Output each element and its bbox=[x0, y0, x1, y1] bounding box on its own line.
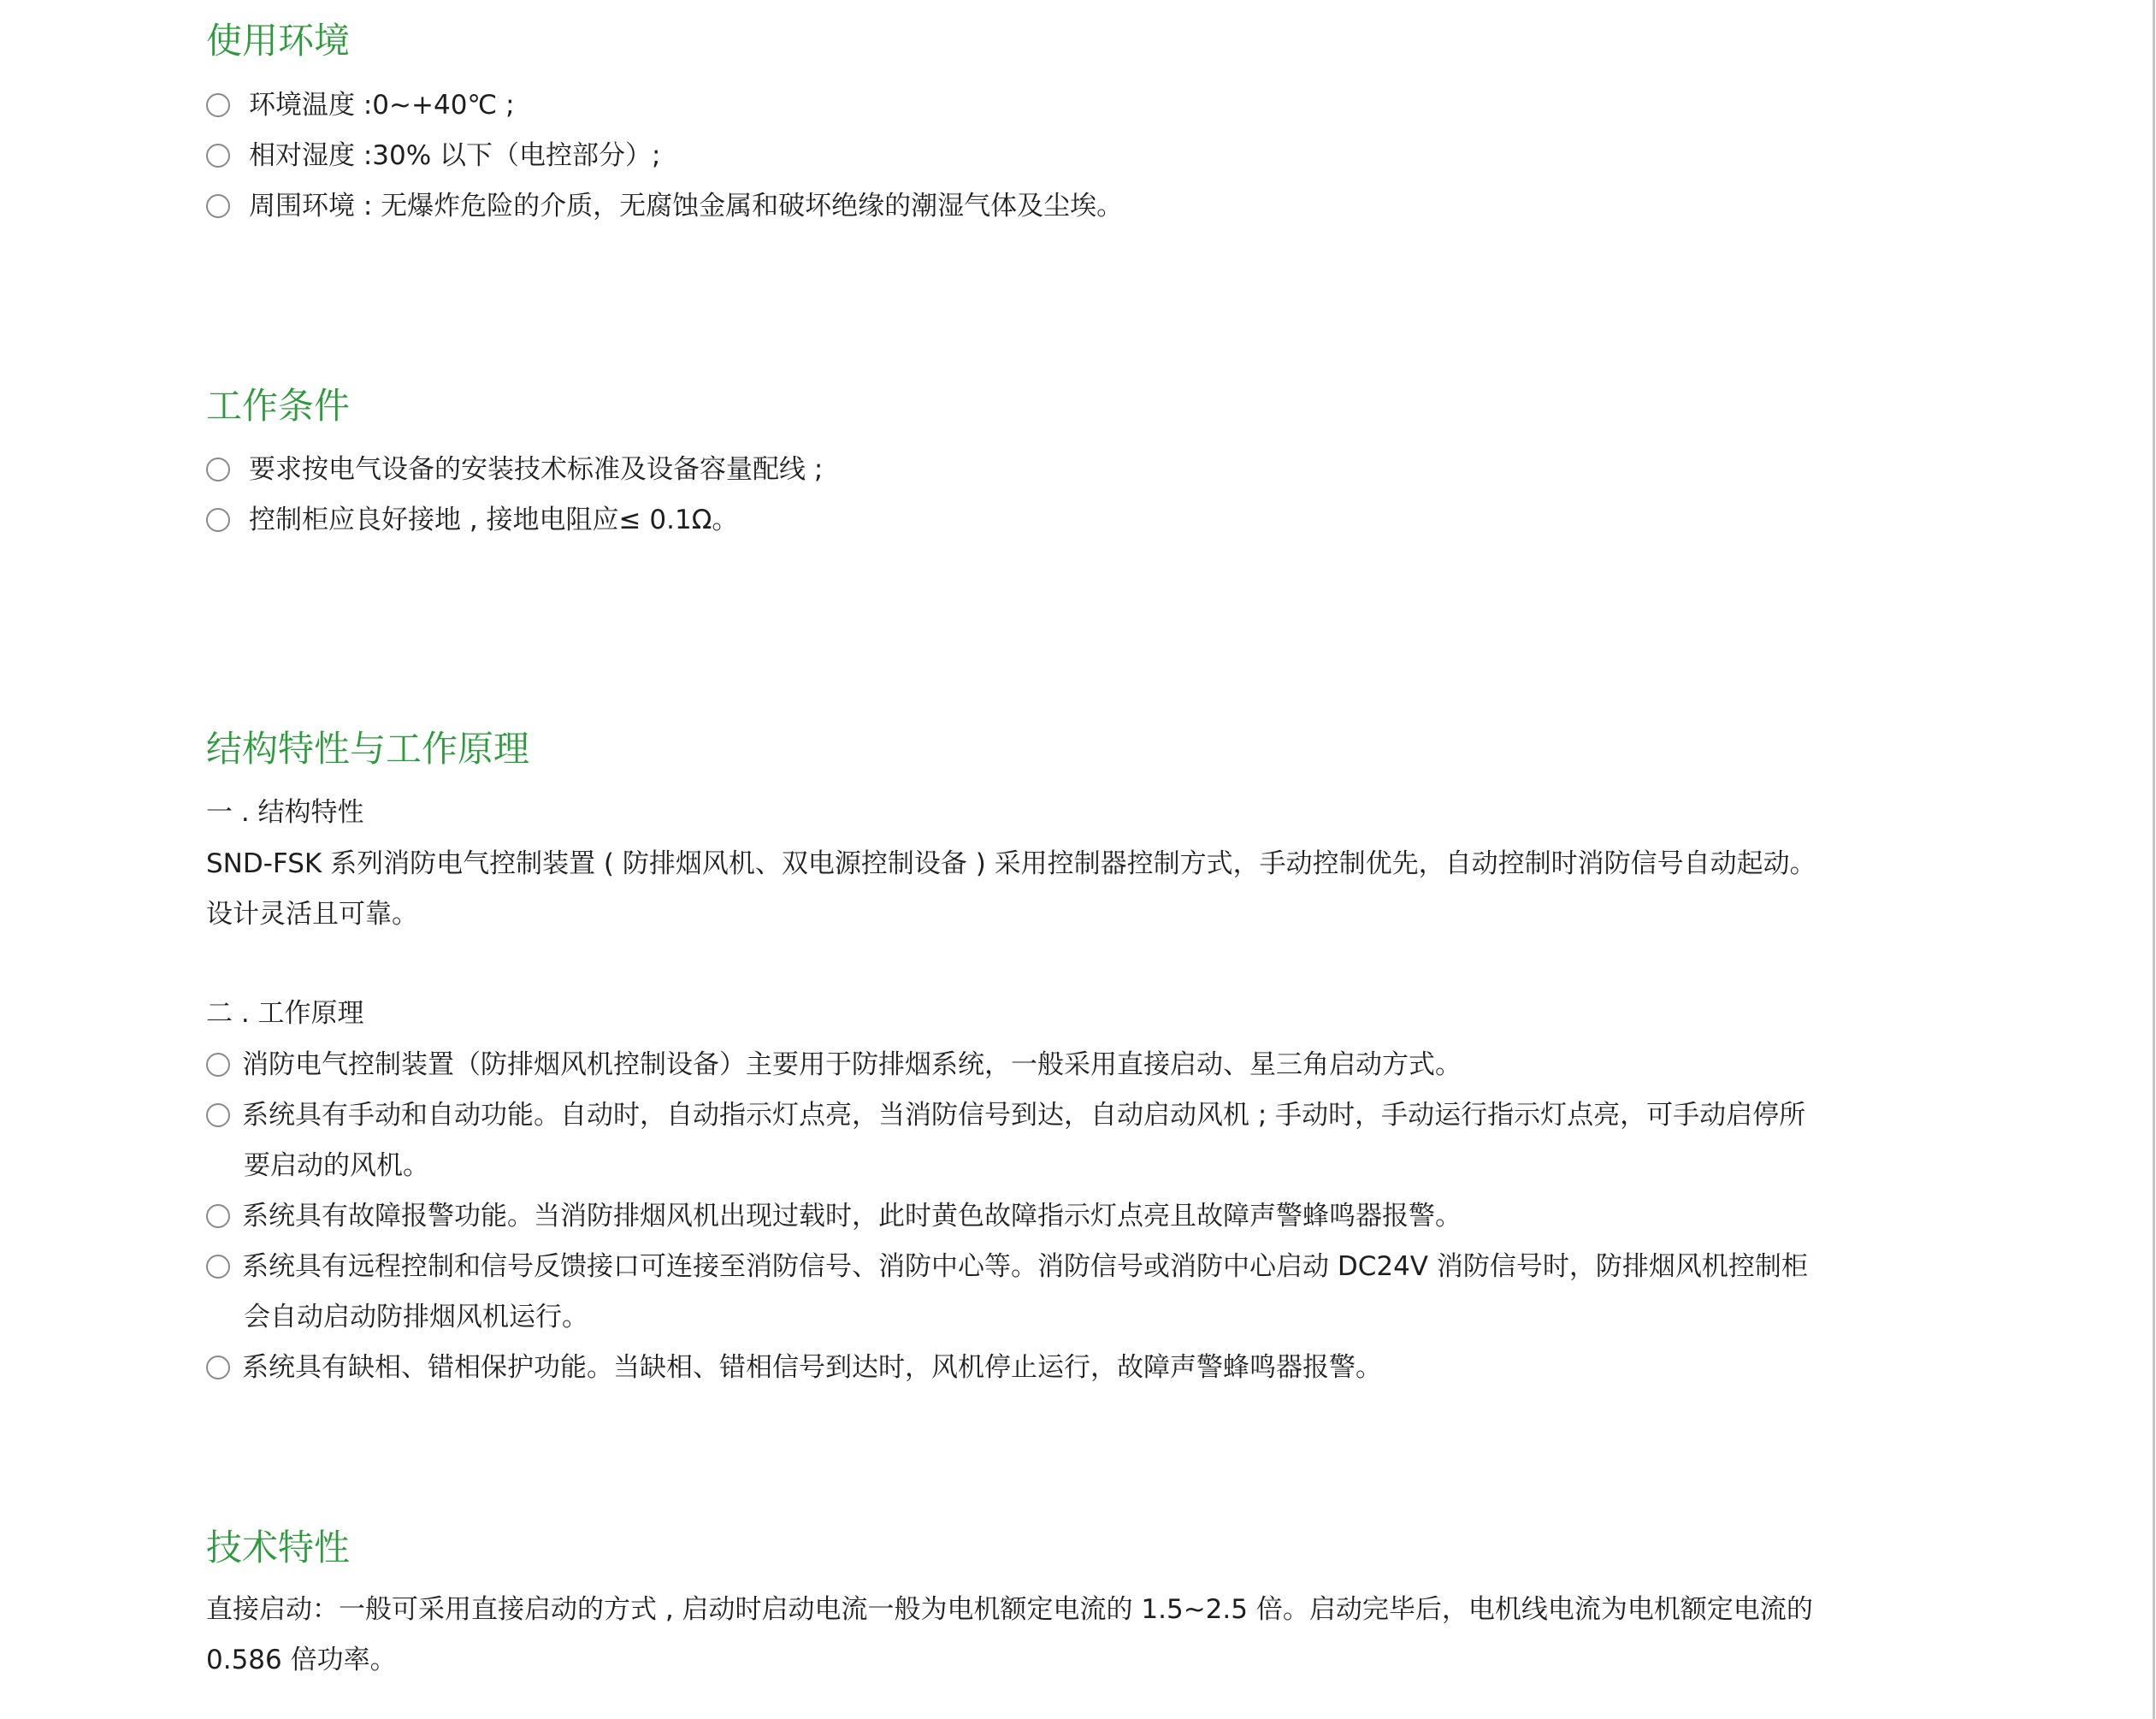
circle-bullet-icon bbox=[206, 1103, 230, 1127]
list-item: 系统具有缺相、错相保护功能。当缺相、错相信号到达时，风机停止运行，故障声警蜂鸣器… bbox=[206, 1350, 1382, 1385]
circle-bullet-icon bbox=[206, 194, 230, 218]
list-item-text: 系统具有手动和自动功能。自动时，自动指示灯点亮，当消防信号到达，自动启动风机 ;… bbox=[242, 1098, 1805, 1132]
section-title-technical: 技术特性 bbox=[206, 1527, 350, 1569]
circle-bullet-icon bbox=[206, 1255, 230, 1279]
list-item-text: 要求按电气设备的安装技术标准及设备容量配线 ; bbox=[249, 452, 823, 487]
list-item-text: 相对湿度 :30% 以下（电控部分）; bbox=[249, 139, 661, 173]
paragraph-line: 设计灵活且可靠。 bbox=[206, 897, 418, 931]
list-item-text: 系统具有缺相、错相保护功能。当缺相、错相信号到达时，风机停止运行，故障声警蜂鸣器… bbox=[242, 1350, 1382, 1385]
circle-bullet-icon bbox=[206, 1356, 230, 1379]
circle-bullet-icon bbox=[206, 508, 230, 532]
list-item: 相对湿度 :30% 以下（电控部分）; bbox=[206, 139, 661, 173]
section-title-environment: 使用环境 bbox=[206, 20, 350, 62]
list-item-continuation: 会自动启动防排烟风机运行。 bbox=[244, 1300, 588, 1334]
list-item-text: 环境温度 :0~+40℃ ; bbox=[249, 88, 515, 122]
list-item-text: 控制柜应良好接地 , 接地电阻应≤ 0.1Ω。 bbox=[249, 503, 738, 537]
circle-bullet-icon bbox=[206, 93, 230, 117]
subsection-title-structure: 一 . 结构特性 bbox=[206, 795, 364, 830]
list-item: 消防电气控制装置（防排烟风机控制设备）主要用于防排烟系统，一般采用直接启动、星三… bbox=[206, 1048, 1462, 1082]
list-item: 系统具有远程控制和信号反馈接口可连接至消防信号、消防中心等。消防信号或消防中心启… bbox=[206, 1249, 1808, 1284]
list-item-continuation: 要启动的风机。 bbox=[244, 1149, 429, 1183]
list-item-text: 消防电气控制装置（防排烟风机控制设备）主要用于防排烟系统，一般采用直接启动、星三… bbox=[242, 1048, 1462, 1082]
circle-bullet-icon bbox=[206, 1053, 230, 1077]
section-title-structure: 结构特性与工作原理 bbox=[206, 728, 529, 771]
list-item: 周围环境 : 无爆炸危险的介质，无腐蚀金属和破坏绝缘的潮湿气体及尘埃。 bbox=[206, 189, 1123, 223]
section-title-conditions: 工作条件 bbox=[206, 385, 350, 428]
circle-bullet-icon bbox=[206, 1204, 230, 1228]
list-item: 控制柜应良好接地 , 接地电阻应≤ 0.1Ω。 bbox=[206, 503, 738, 537]
list-item-text: 系统具有远程控制和信号反馈接口可连接至消防信号、消防中心等。消防信号或消防中心启… bbox=[242, 1249, 1808, 1284]
list-item: 环境温度 :0~+40℃ ; bbox=[206, 88, 515, 122]
circle-bullet-icon bbox=[206, 458, 230, 481]
circle-bullet-icon bbox=[206, 144, 230, 168]
list-item: 要求按电气设备的安装技术标准及设备容量配线 ; bbox=[206, 452, 823, 487]
list-item: 系统具有故障报警功能。当消防排烟风机出现过载时，此时黄色故障指示灯点亮且故障声警… bbox=[206, 1199, 1462, 1233]
list-item: 系统具有手动和自动功能。自动时，自动指示灯点亮，当消防信号到达，自动启动风机 ;… bbox=[206, 1098, 1805, 1132]
subsection-title-principle: 二 . 工作原理 bbox=[206, 996, 364, 1031]
list-item-text: 系统具有故障报警功能。当消防排烟风机出现过载时，此时黄色故障指示灯点亮且故障声警… bbox=[242, 1199, 1462, 1233]
page-edge-divider bbox=[2153, 0, 2155, 1719]
paragraph-line: SND-FSK 系列消防电气控制装置 ( 防排烟风机、双电源控制设备 ) 采用控… bbox=[206, 847, 1816, 881]
list-item-text: 周围环境 : 无爆炸危险的介质，无腐蚀金属和破坏绝缘的潮湿气体及尘埃。 bbox=[249, 189, 1123, 223]
paragraph-line: 直接启动：一般可采用直接启动的方式 , 启动时启动电流一般为电机额定电流的 1.… bbox=[206, 1592, 1813, 1627]
paragraph-line: 0.586 倍功率。 bbox=[206, 1643, 397, 1677]
